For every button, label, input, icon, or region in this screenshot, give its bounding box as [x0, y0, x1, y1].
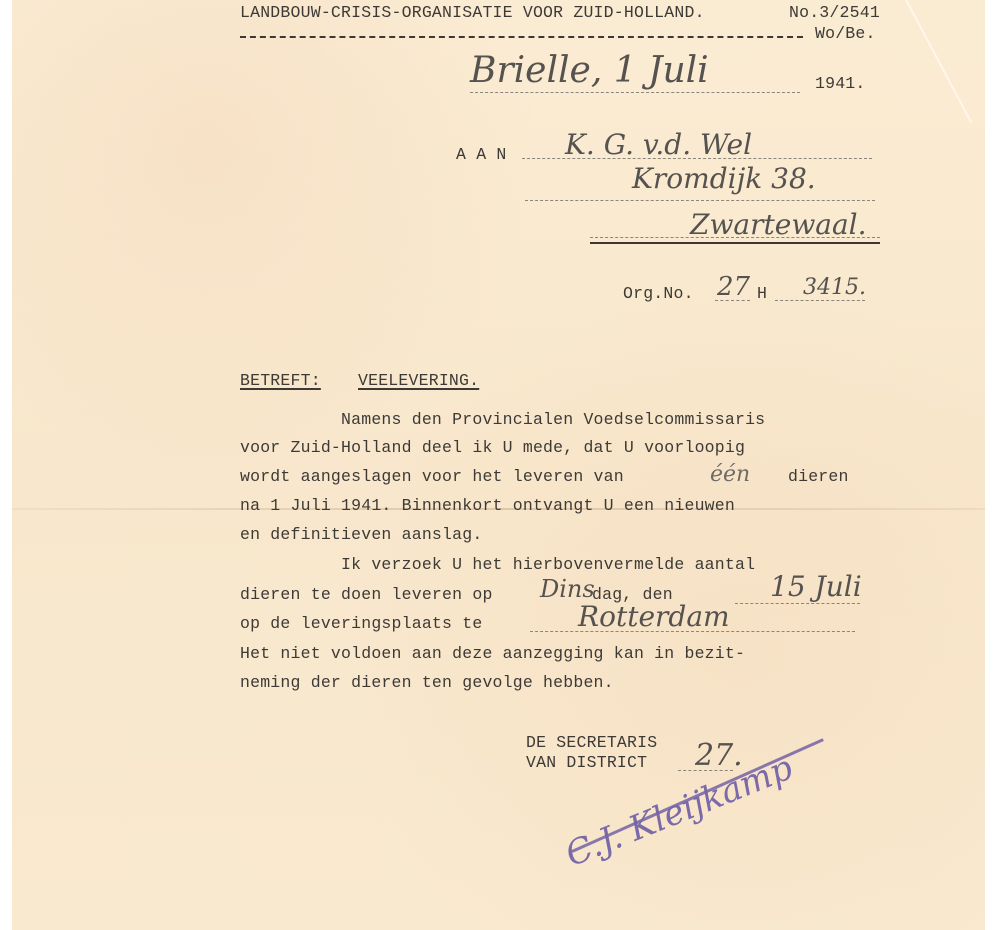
reference-initials: Wo/Be.	[815, 24, 876, 43]
org-number-district-rule	[715, 300, 750, 301]
body-p1-line1: Namens den Provincialen Voedselcommissar…	[240, 410, 765, 429]
body-p1-line2: voor Zuid-Holland deel ik U mede, dat U …	[240, 438, 745, 457]
closing-line1: DE SECRETARIS	[526, 733, 657, 752]
org-number-value: 3415.	[803, 275, 866, 300]
recipient-town-rule	[590, 237, 880, 238]
weekday-handwritten: Dins	[540, 575, 595, 603]
body-p2-line3: op de leveringsplaats te	[240, 614, 482, 633]
subject-value: VEELEVERING.	[358, 371, 479, 390]
delivery-place-handwritten: Rotterdam	[578, 600, 730, 633]
delivery-date-handwritten: 15 Juli	[770, 570, 862, 603]
recipient-name-handwritten: K. G. v.d. Wel	[565, 128, 752, 161]
body-p2-line2: dieren te doen leveren op	[240, 585, 493, 604]
animal-count-handwritten: één	[710, 462, 750, 487]
recipient-town-double-rule	[590, 242, 880, 244]
body-p2-line5: neming der dieren ten gevolge hebben.	[240, 673, 614, 692]
body-p2-line4: Het niet voldoen aan deze aanzegging kan…	[240, 644, 745, 663]
organization-header: LANDBOUW-CRISIS-ORGANISATIE VOOR ZUID-HO…	[240, 3, 705, 22]
reference-number: No.3/2541	[789, 3, 880, 22]
closing-line2: VAN DISTRICT	[526, 753, 647, 772]
subject-label: BETREFT:	[240, 371, 321, 390]
header-rule	[240, 36, 803, 38]
org-number-value-rule	[775, 300, 865, 301]
body-p1-line4: na 1 Juli 1941. Binnenkort ontvangt U ee…	[240, 496, 735, 515]
letter-paper	[12, 0, 985, 930]
body-p1-line5: en definitieven aanslag.	[240, 525, 482, 544]
body-p2-line1: Ik verzoek U het hierbovenvermelde aanta…	[240, 555, 755, 574]
body-p1-line3: wordt aangeslagen voor het leveren van	[240, 467, 624, 486]
body-p1-line3-end: dieren	[788, 467, 849, 486]
date-year: 1941.	[815, 74, 866, 93]
delivery-date-rule	[735, 603, 860, 604]
delivery-place-rule	[530, 631, 855, 632]
recipient-name-rule	[522, 158, 872, 159]
date-rule	[470, 92, 800, 93]
org-number-district: 27	[717, 272, 750, 302]
recipient-address-handwritten: Kromdijk 38.	[632, 162, 816, 195]
date-place-handwritten: Brielle, 1 Juli	[470, 50, 709, 91]
recipient-label: A A N	[456, 145, 507, 164]
org-number-label: Org.No.	[623, 284, 694, 303]
org-number-letter: H	[757, 284, 767, 303]
recipient-address-rule	[525, 200, 875, 201]
